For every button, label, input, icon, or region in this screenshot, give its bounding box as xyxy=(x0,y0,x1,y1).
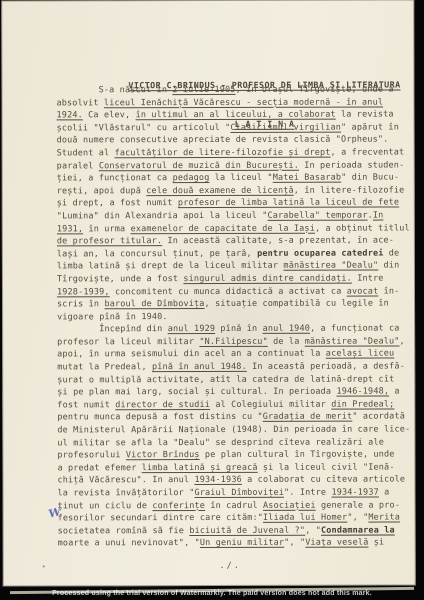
text-line: două numere consecutive apreciate de rev… xyxy=(57,134,419,148)
text-line: la revista învățătorilor "Graiul Dîmbovi… xyxy=(58,486,420,500)
text-line: vigoare pînă în 1940. xyxy=(57,310,419,324)
text-line: profesor la liceul militar "N.Filipescu"… xyxy=(57,335,419,349)
paper-speck xyxy=(43,565,45,567)
text-line: 1931, în urma examenelor de capacitate d… xyxy=(57,222,419,236)
text-line: moarte a unui nevinovat", "Un geniu mili… xyxy=(58,537,420,551)
text-line: a predat efemer limba latină și greacă ș… xyxy=(57,461,419,475)
document-lines: S-a născut in 2 iulie 1905, în orașul Tî… xyxy=(56,83,419,550)
text-line: școlii "Vlăstarul" cu articolul "Clasici… xyxy=(57,121,419,135)
text-line: scris în baroul de Dîmbovița, situație c… xyxy=(57,298,419,312)
text-line: rești, apoi după cele două examene de li… xyxy=(57,184,419,198)
text-line: apoi, în urma seismului din acel an a co… xyxy=(57,348,419,362)
text-line: absolvit liceul Ienăchiță Văcărescu - se… xyxy=(56,96,418,110)
text-line: ției, a funcționat ca pedagog la liceul … xyxy=(57,172,419,186)
text-line: de Ministerul Apărării Naționale (1948).… xyxy=(57,423,419,437)
text-line: 1924. Ca elev, în ultimul an al liceului… xyxy=(57,109,419,123)
text-line: societatea romînă să fie biciuită de Juv… xyxy=(58,524,420,538)
text-line: chiță Văcărescu". In anul 1934-1936 a co… xyxy=(57,474,419,488)
text-line: 1928-1939, concomitent cu munca didactic… xyxy=(57,285,419,299)
text-line: fost numit director de studii al Colegiu… xyxy=(57,398,419,412)
watermark-text: Processed using the trial version of Wat… xyxy=(0,590,424,597)
text-line: mutat la Predeal, pînă în anul 1948. In … xyxy=(57,361,419,375)
text-line: Începînd din anul 1929 pînă în anul 1940… xyxy=(57,323,419,337)
text-line: șurat o multiplă activitate, atît la cat… xyxy=(57,373,419,387)
document-page: VICTOR C.BRINDUȘ - PROFESOR DE LIMBA ȘI … xyxy=(1,0,416,587)
text-line: profesorului Victor Brînduș pe plan cult… xyxy=(57,449,419,463)
text-line: ținut un ciclu de conferințe în cadrul A… xyxy=(58,499,420,513)
text-line: pentru munca depusă a fost distins cu "G… xyxy=(57,411,419,425)
text-line: și drept, a fost numit profesor de limba… xyxy=(57,197,419,211)
text-line: fesorilor secundari dintre care cităm:"I… xyxy=(58,512,420,526)
text-line: "Lumina" din Alexandria apoi la liceul "… xyxy=(57,209,419,223)
text-line: Tîrgoviște, unde a fost singurul admis d… xyxy=(57,272,419,286)
text-line: S-a născut in 2 iulie 1905, în orașul Tî… xyxy=(56,83,418,97)
text-line: lași an, la concursul ținut, pe țară, pe… xyxy=(57,247,419,261)
text-line: și pe plan mai larg, social și cultural.… xyxy=(57,386,419,400)
text-line: paralel Conservatorul de muzică din Bucu… xyxy=(57,159,419,173)
text-line: limba latină și drept de la liceul milit… xyxy=(57,260,419,274)
photo-background: { "colors": { "paper": "#efe9da", "ink":… xyxy=(0,0,424,600)
text-line: ul militar se afla la "Dealu" se desprin… xyxy=(57,436,419,450)
text-line: Student al facultăților de litere-filozo… xyxy=(57,146,419,160)
continuation-mark: ./. xyxy=(58,560,403,571)
text-line: de profesor titular. In această calitate… xyxy=(57,235,419,249)
